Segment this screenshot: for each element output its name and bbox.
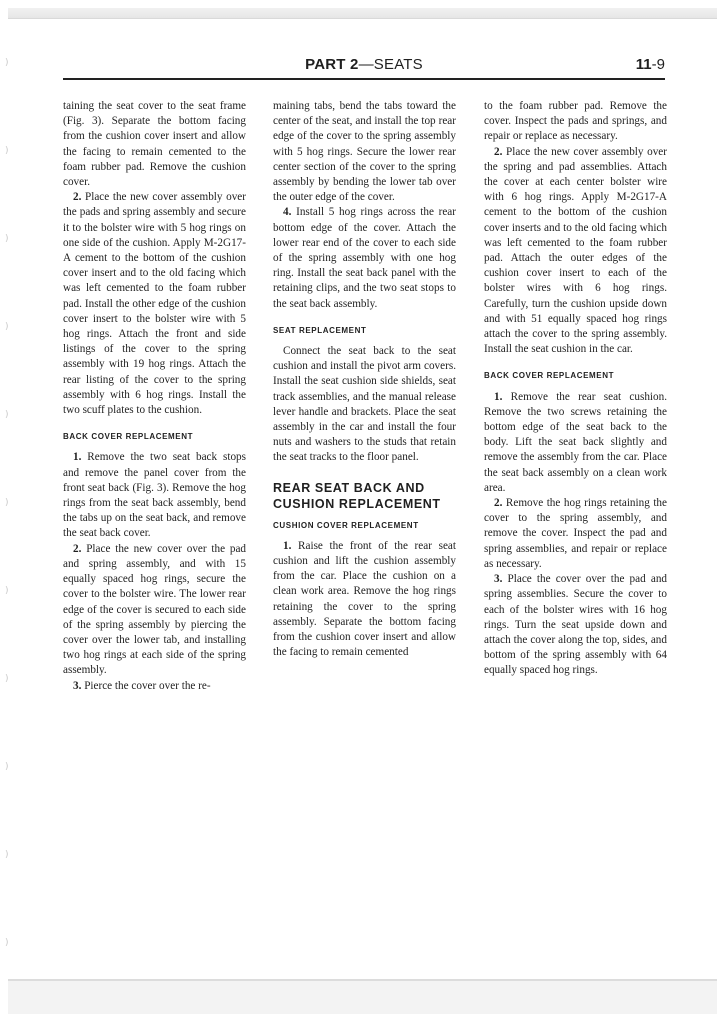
- step-paragraph: 2. Place the new cover assembly over the…: [484, 145, 667, 358]
- title-separator: —: [359, 56, 374, 73]
- step-number: 1.: [73, 451, 81, 463]
- punch-hole-mark: ): [5, 410, 9, 420]
- page-number-value: 9: [657, 56, 665, 73]
- punch-hole-mark: ): [5, 850, 9, 860]
- punch-hole-mark: ): [5, 58, 9, 68]
- page-number: 11-9: [636, 56, 665, 73]
- step-text: Remove the two seat back stops and remov…: [63, 451, 246, 539]
- text-column-2: maining tabs, bend the tabs toward the c…: [273, 99, 456, 661]
- punch-hole-mark: ): [5, 586, 9, 596]
- step-text: Install 5 hog rings across the rear bott…: [273, 206, 456, 309]
- step-paragraph: 2. Remove the hog rings retaining the co…: [484, 496, 667, 572]
- punch-hole-mark: ): [5, 674, 9, 684]
- punch-hole-mark: ): [5, 322, 9, 332]
- step-paragraph: 1. Remove the two seat back stops and re…: [63, 450, 246, 541]
- step-paragraph: 3. Place the cover over the pad and spri…: [484, 572, 667, 678]
- step-paragraph: 4. Install 5 hog rings across the rear b…: [273, 205, 456, 311]
- punch-hole-mark: ): [5, 234, 9, 244]
- heading-line: REAR SEAT BACK AND: [273, 480, 456, 496]
- step-paragraph: 3. Pierce the cover over the re-: [63, 679, 246, 694]
- step-text: Place the cover over the pad and spring …: [484, 573, 667, 676]
- step-number: 2.: [494, 146, 502, 158]
- step-number: 2.: [73, 543, 81, 555]
- scan-bottom-edge: [8, 979, 717, 1014]
- paragraph: to the foam rubber pad. Remove the cover…: [484, 99, 667, 145]
- running-title: PART 2—SEATS: [63, 56, 665, 73]
- step-number: 3.: [73, 680, 81, 692]
- subheading-cushion-cover-replacement: CUSHION COVER REPLACEMENT: [273, 518, 456, 533]
- heading-line: CUSHION REPLACEMENT: [273, 496, 456, 512]
- step-paragraph: 2. Place the new cover assembly over the…: [63, 190, 246, 418]
- paragraph: Connect the seat back to the seat cushio…: [273, 344, 456, 466]
- section-title: SEATS: [374, 56, 423, 73]
- text-column-3: to the foam rubber pad. Remove the cover…: [484, 99, 667, 679]
- step-text: Remove the hog rings retaining the cover…: [484, 497, 667, 570]
- part-label: PART 2: [305, 56, 358, 73]
- step-number: 4.: [283, 206, 291, 218]
- punch-hole-mark: ): [5, 146, 9, 156]
- punch-hole-mark: ): [5, 498, 9, 508]
- step-paragraph: 1. Raise the front of the rear seat cush…: [273, 539, 456, 661]
- scan-top-edge: [8, 8, 717, 19]
- subheading-back-cover-replacement: BACK COVER REPLACEMENT: [63, 429, 246, 444]
- step-number: 3.: [494, 573, 502, 585]
- punch-hole-mark: ): [5, 938, 9, 948]
- step-number: 1.: [494, 391, 502, 403]
- step-text: Pierce the cover over the re-: [84, 680, 210, 692]
- step-text: Place the new cover assembly over the pa…: [63, 191, 246, 416]
- step-text: Place the new cover over the pad and spr…: [63, 543, 246, 677]
- step-number: 2.: [73, 191, 81, 203]
- punch-hole-mark: ): [5, 762, 9, 772]
- subheading-seat-replacement: SEAT REPLACEMENT: [273, 323, 456, 338]
- page-header: PART 2—SEATS 11-9: [63, 56, 665, 80]
- step-number: 1.: [283, 540, 291, 552]
- step-number: 2.: [494, 497, 502, 509]
- paragraph: taining the seat cover to the seat frame…: [63, 99, 246, 190]
- step-text: Remove the rear seat cushion. Remove the…: [484, 391, 667, 494]
- paragraph: maining tabs, bend the tabs toward the c…: [273, 99, 456, 205]
- text-column-1: taining the seat cover to the seat frame…: [63, 99, 246, 694]
- step-paragraph: 1. Remove the rear seat cushion. Remove …: [484, 390, 667, 496]
- step-text: Raise the front of the rear seat cushion…: [273, 540, 456, 658]
- page-chapter: 11: [636, 56, 652, 73]
- step-paragraph: 2. Place the new cover over the pad and …: [63, 542, 246, 679]
- subheading-back-cover-replacement: BACK COVER REPLACEMENT: [484, 368, 667, 383]
- step-text: Place the new cover assembly over the sp…: [484, 146, 667, 356]
- section-heading-rear-seat: REAR SEAT BACK AND CUSHION REPLACEMENT: [273, 480, 456, 512]
